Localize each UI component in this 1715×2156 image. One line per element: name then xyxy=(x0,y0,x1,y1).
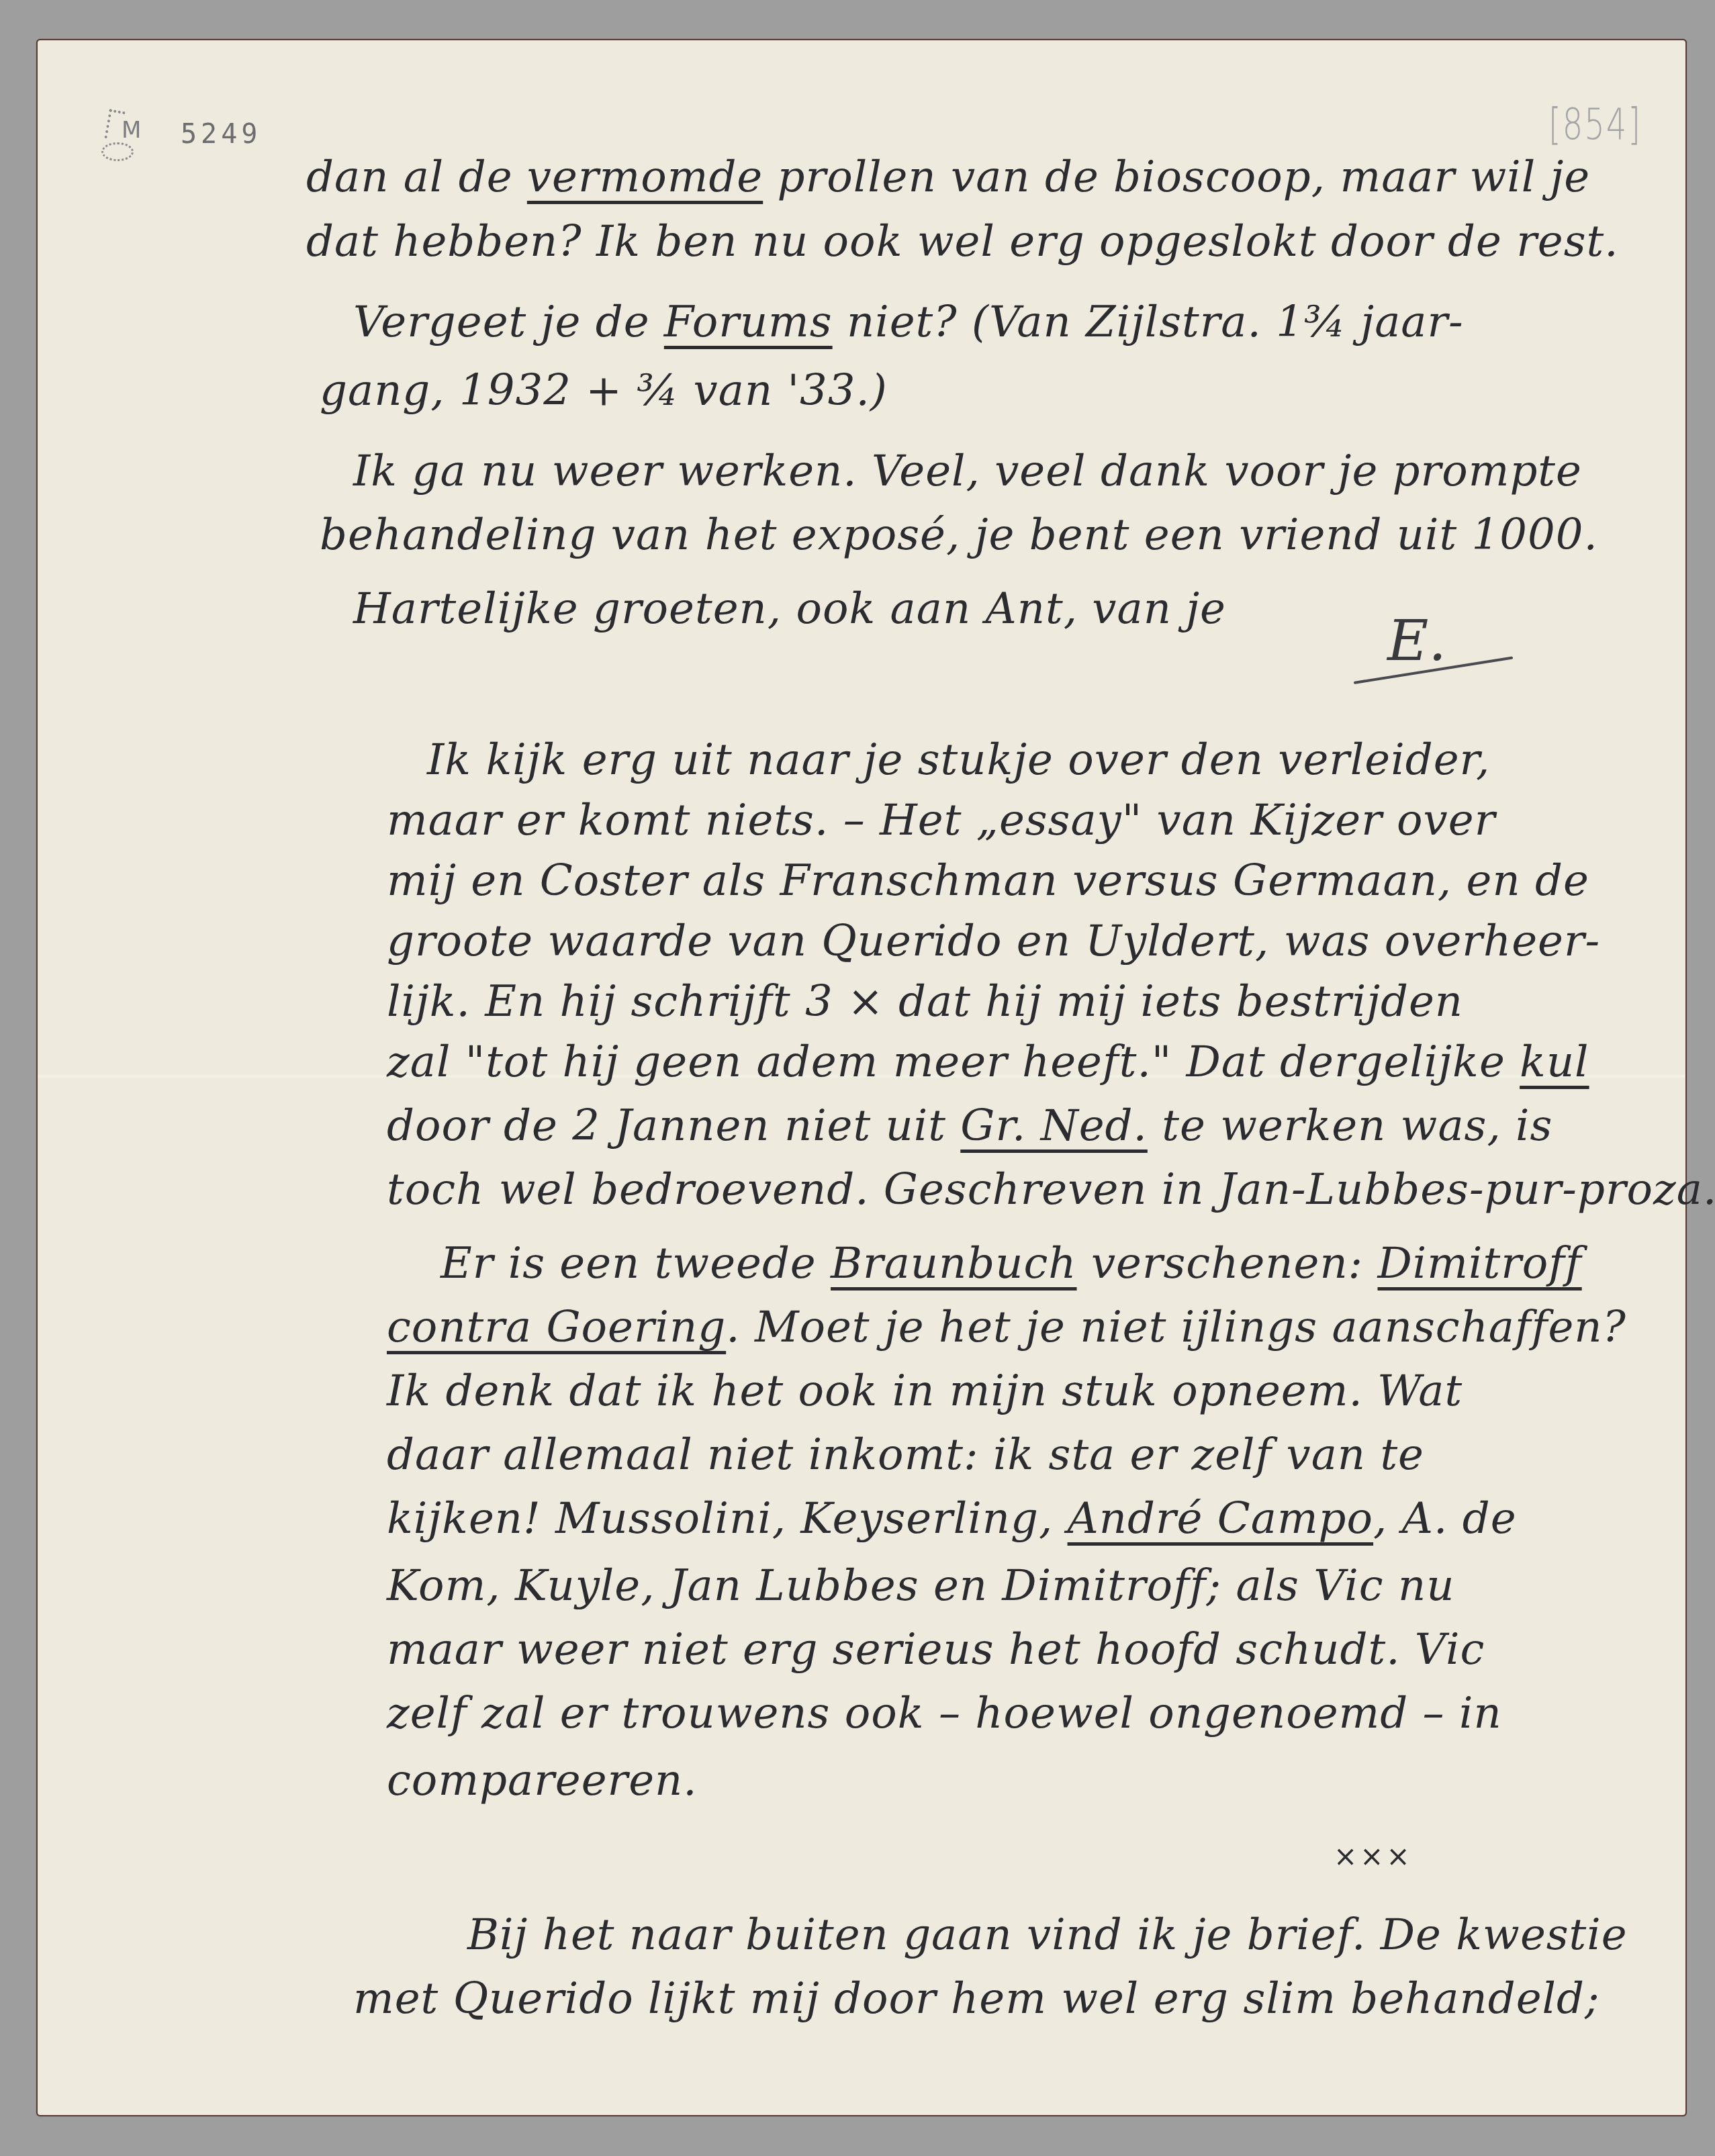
letter-line: door de 2 Jannen niet uit Gr. Ned. te we… xyxy=(387,1105,1552,1147)
letter-line: mij en Coster als Franschman versus Germ… xyxy=(387,859,1589,902)
letter-line: Ik ga nu weer werken. Veel, veel dank vo… xyxy=(353,450,1582,493)
underlined-word: vermomde xyxy=(527,152,763,202)
letter-line: compareeren. xyxy=(387,1759,698,1802)
letter-line: gang, 1932 + ¾ van '33.) xyxy=(320,369,888,412)
letter-line: behandeling van het exposé, je bent een … xyxy=(320,514,1598,557)
letter-line: zal "tot hij geen adem meer heeft." Dat … xyxy=(387,1041,1589,1084)
letter-line: Kom, Kuyle, Jan Lubbes en Dimitroff; als… xyxy=(387,1564,1454,1607)
underlined-word: Gr. Ned. xyxy=(960,1101,1148,1151)
underlined-word: kul xyxy=(1520,1037,1589,1087)
letter-line: daar allemaal niet inkomt: ik sta er zel… xyxy=(387,1434,1424,1477)
letter-page: M 5249 [854] dan al de vermomde prollen … xyxy=(36,39,1687,2116)
letter-body: dan al de vermomde prollen van de biosco… xyxy=(38,40,1685,2115)
letter-line: met Querido lijkt mij door hem wel erg s… xyxy=(353,1977,1600,2020)
letter-line: dat hebben? Ik ben nu ook wel erg opgesl… xyxy=(306,220,1619,263)
underlined-word: André Campo xyxy=(1068,1494,1374,1544)
signature: E. xyxy=(1387,608,1446,673)
section-separator: ××× xyxy=(1334,1840,1413,1873)
letter-line: maar er komt niets. – Het „essay" van Ki… xyxy=(387,799,1495,842)
letter-line: toch wel bedroevend. Geschreven in Jan-L… xyxy=(387,1168,1715,1211)
letter-line: kijken! Mussolini, Keyserling, André Cam… xyxy=(387,1497,1517,1540)
letter-line: groote waarde van Querido en Uyldert, wa… xyxy=(387,920,1600,963)
letter-line: Ik denk dat ik het ook in mijn stuk opne… xyxy=(387,1370,1463,1413)
underlined-word: Braunbuch xyxy=(831,1239,1076,1288)
letter-line: Ik kijk erg uit naar je stukje over den … xyxy=(427,739,1490,782)
letter-line: contra Goering. Moet je het je niet ijli… xyxy=(387,1306,1626,1349)
letter-line: lijk. En hij schrijft 3 × dat hij mij ie… xyxy=(387,980,1463,1023)
letter-line: maar weer niet erg serieus het hoofd sch… xyxy=(387,1628,1485,1671)
letter-line: zelf zal er trouwens ook – hoewel ongeno… xyxy=(387,1692,1502,1735)
letter-line: Er is een tweede Braunbuch verschenen: D… xyxy=(441,1242,1582,1285)
letter-line: Bij het naar buiten gaan vind ik je brie… xyxy=(467,1914,1628,1957)
underlined-word: contra Goering xyxy=(387,1303,726,1352)
underlined-word: Forums xyxy=(664,297,833,347)
letter-line: Vergeet je de Forums niet? (Van Zijlstra… xyxy=(353,301,1464,344)
letter-line: dan al de vermomde prollen van de biosco… xyxy=(306,156,1590,199)
letter-line: Hartelijke groeten, ook aan Ant, van je xyxy=(353,588,1226,630)
underlined-word: Dimitroff xyxy=(1378,1239,1582,1288)
